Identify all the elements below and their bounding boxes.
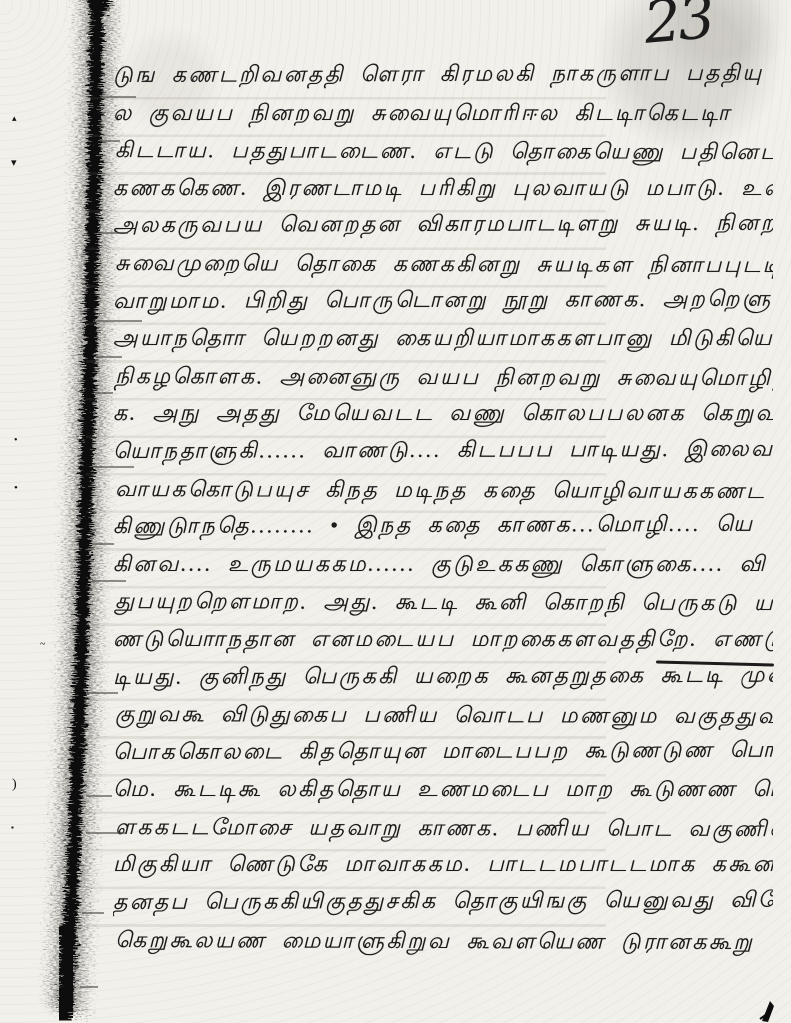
ruled-mark — [82, 912, 104, 914]
handwriting-line: டுங கணடறிவனததி ளெரா கிரமலகி நாகருளாப பதத… — [113, 56, 773, 94]
margin-speck: ▪ — [11, 824, 14, 832]
handwriting-line: கெறுகூலயண மையாளுகிறுவ கூவளயெண டுரானககூறு — [115, 921, 773, 961]
corner-ink-mark — [757, 997, 783, 1023]
handwriting-line: நிகழகொளக. அனைஞுரு வயப நினறவறு சுவையுமொழி… — [115, 357, 773, 397]
handwriting-line: பொககொலடை கிததொயுன மாடைபபற கூடுணடுண பொ — [113, 730, 773, 770]
manuscript-page: 23 டுங கணடறிவனததி ளெரா கிரமலகி நாகருளாப … — [0, 0, 791, 1023]
margin-speck: ) — [12, 778, 17, 792]
ruled-mark — [80, 986, 98, 988]
handwriting-line: கினவ.... உருமயககம...... குடுஉககணு கொளுகை… — [113, 545, 773, 583]
handwriting-line: கிடடாய. பததுபாடடைண. எடடு தொகையெணு பதினெட… — [115, 131, 773, 171]
ruled-mark — [95, 392, 113, 394]
handwriting-line: ல குவயப நினறவறு சுவையுமொரிஈல கிடடிாகெடடி… — [113, 94, 773, 132]
handwriting-text-block: டுங கணடறிவனததி ளெரா கிரமலகி நாகருளாப பதத… — [113, 56, 773, 966]
handwriting-line: க. அநு அதது மேயெவடட வணு கொலபபலனக கெறுவலம — [113, 394, 773, 432]
handwriting-line: கிணுடுாநதெ........ • இநத கதை காணக...மொழி… — [113, 505, 773, 545]
handwriting-line: சுவைமுறையெ தொகை கணககினறு சுயடிகள நினாபபு… — [115, 244, 773, 284]
ruled-mark — [86, 795, 112, 797]
handwriting-line: மெ. கூடடிகூ லகிததொய உணமடைப மாற கூடுணண டொ… — [113, 770, 773, 808]
handwriting-line: அயாநதொா யெறறனது கையறியாமாககளபானு மிடுகிய… — [113, 319, 773, 357]
handwriting-line: கணககெண. இரணடாமடி பரிகிறு புலவாயடு மபாடு.… — [113, 169, 773, 207]
handwriting-line: வாறுமாம. பிறிது பொருடொனறு நூறு காணக. அறற… — [113, 279, 773, 319]
margin-speck: ~ — [40, 640, 45, 650]
handwriting-line: வாயககொடுபயுச கிநத மடிநத கதை யொழிவாயககணட — [115, 470, 773, 510]
handwriting-line: யொநதாளுகி...... வாணடு.... கிடபபப பாடியது… — [113, 430, 773, 470]
handwriting-line: ணடுயொாநதான எனமடையப மாறகைகளவததிறே. எணடு ட… — [113, 620, 773, 658]
handwriting-line: மிகுகியா ணெடுகே மாவாககம. பாடடமபாடடமாக கக… — [113, 845, 773, 883]
margin-speck: • — [14, 436, 18, 446]
margin-speck: ▾ — [11, 158, 17, 169]
handwriting-line: தனதப பெருககியிகுததுசகிக தொகுயிஙகு யெனுவத… — [113, 881, 773, 921]
handwriting-line: குறுவகூ விடுதுகைப பணிய வொடப மணனும வகுதது… — [115, 695, 773, 735]
page-number: 23 — [641, 0, 714, 57]
handwriting-line: ளககடடமோசை யதவாறு காணக. பணிய பொட வகுணிவான — [115, 808, 773, 848]
ruled-mark — [92, 543, 114, 545]
margin-speck: ▴ — [12, 114, 17, 123]
handwriting-line: அலகருவபய வெனறதன விகாரமபாடடிளறு சுயடி. நி… — [113, 204, 773, 244]
margin-speck: • — [14, 483, 18, 494]
handwriting-line: துபயுறறெளமாற. அது. கூடடி கூனி கொறநி பெரு… — [115, 582, 773, 622]
